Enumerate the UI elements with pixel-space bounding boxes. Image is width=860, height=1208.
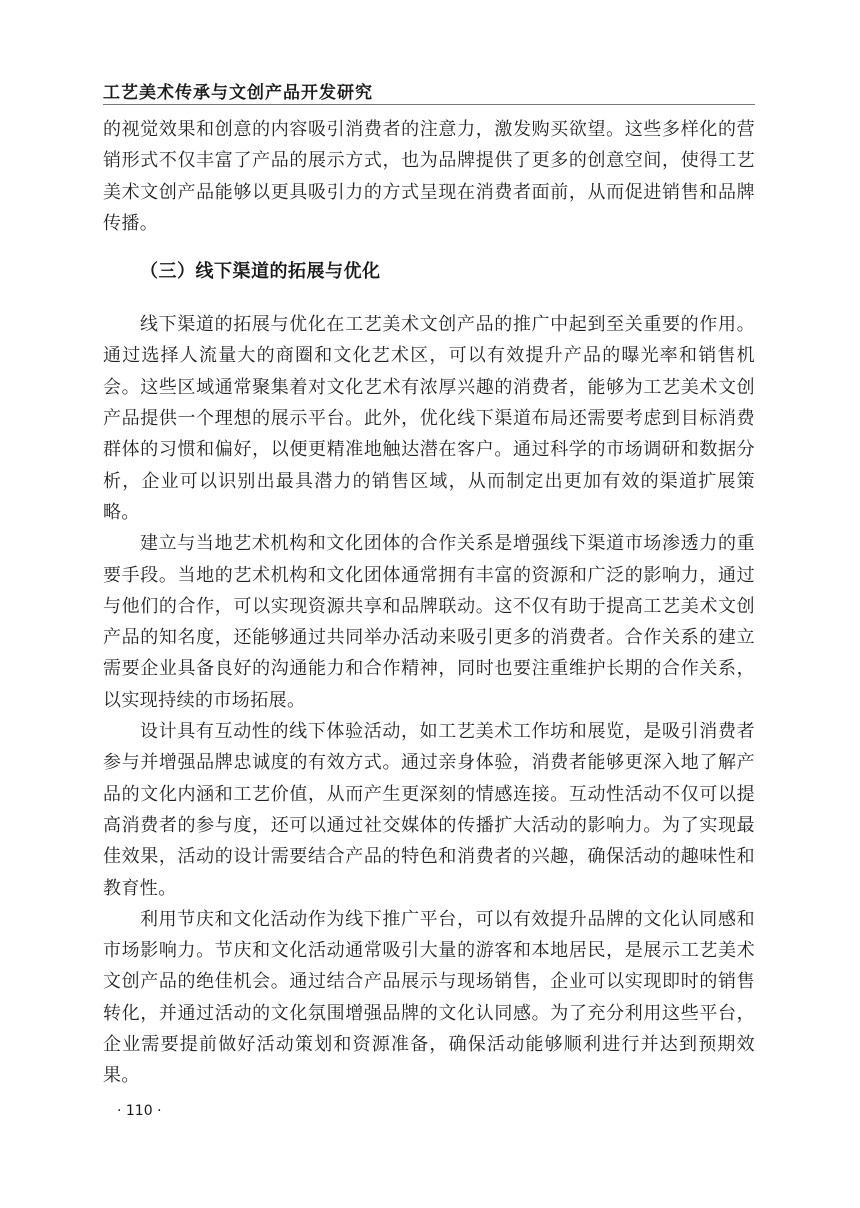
paragraph: 建立与当地艺术机构和文化团体的合作关系是增强线下渠道市场渗透力的重要手段。当地的…	[103, 528, 755, 716]
continued-paragraph: 的视觉效果和创意的内容吸引消费者的注意力，激发购买欲望。这些多样化的营销形式不仅…	[103, 114, 755, 239]
section-heading: （三）线下渠道的拓展与优化	[103, 257, 755, 287]
paragraph: 线下渠道的拓展与优化在工艺美术文创产品的推广中起到至关重要的作用。通过选择人流量…	[103, 309, 755, 528]
header-rule	[103, 104, 755, 105]
book-page: 工艺美术传承与文创产品开发研究 的视觉效果和创意的内容吸引消费者的注意力，激发购…	[0, 0, 860, 1208]
running-head: 工艺美术传承与文创产品开发研究	[103, 78, 373, 103]
paragraph: 利用节庆和文化活动作为线下推广平台，可以有效提升品牌的文化认同感和市场影响力。节…	[103, 904, 755, 1092]
page-number: · 110 ·	[117, 1103, 162, 1119]
body-text: 的视觉效果和创意的内容吸引消费者的注意力，激发购买欲望。这些多样化的营销形式不仅…	[103, 114, 755, 1092]
paragraph: 设计具有互动性的线下体验活动，如工艺美术工作坊和展览，是吸引消费者参与并增强品牌…	[103, 716, 755, 904]
